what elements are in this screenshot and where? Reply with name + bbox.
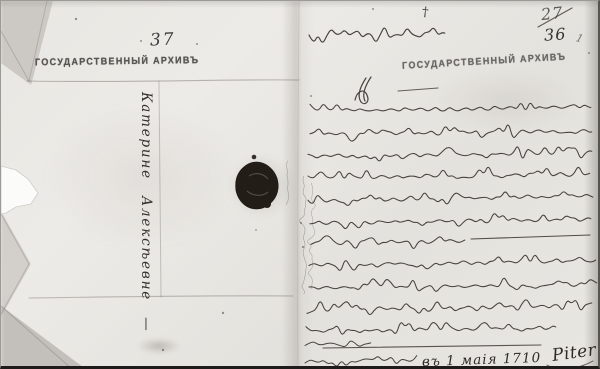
handwriting-line <box>306 323 556 335</box>
ink-speck <box>75 18 77 20</box>
ink-speck <box>196 43 198 45</box>
ink-speck <box>140 40 142 42</box>
handwriting-line <box>307 300 592 315</box>
signature-swash <box>547 361 593 369</box>
handwriting-line <box>305 341 371 346</box>
ink-speck <box>302 246 304 248</box>
marginal-scrawl-line <box>299 176 306 294</box>
ink-stroke <box>538 8 572 27</box>
handwriting-line <box>311 236 465 249</box>
handwriting-line <box>305 356 417 366</box>
handwriting-line <box>308 147 592 161</box>
marginal-scrawl-line <box>308 183 316 289</box>
ink-speck <box>372 8 374 10</box>
handwriting-line <box>309 28 445 42</box>
handwriting-line <box>310 103 591 111</box>
ink-speck <box>255 229 257 231</box>
handwriting-line <box>309 278 597 291</box>
initial-flourish <box>355 77 371 104</box>
letter-photo: 37 ГОСУДАРСТВЕННЫЙ АРХИВЪ Катерине Алекс… <box>0 0 600 369</box>
marginal-scrawl-line <box>286 161 288 205</box>
handwriting-ink-layer <box>1 1 600 369</box>
ink-speck <box>310 95 312 97</box>
ink-speck <box>222 312 224 314</box>
ink-stroke <box>471 235 590 239</box>
handwriting-line <box>309 255 596 270</box>
handwriting-line <box>310 125 592 141</box>
handwriting-line <box>308 167 590 178</box>
ink-speck <box>300 222 302 224</box>
ink-stroke <box>398 88 438 91</box>
handwriting-line <box>308 192 593 206</box>
handwriting-line <box>310 214 591 229</box>
ink-speck <box>588 52 590 54</box>
ink-stroke <box>323 345 541 348</box>
ink-speck <box>162 349 164 351</box>
